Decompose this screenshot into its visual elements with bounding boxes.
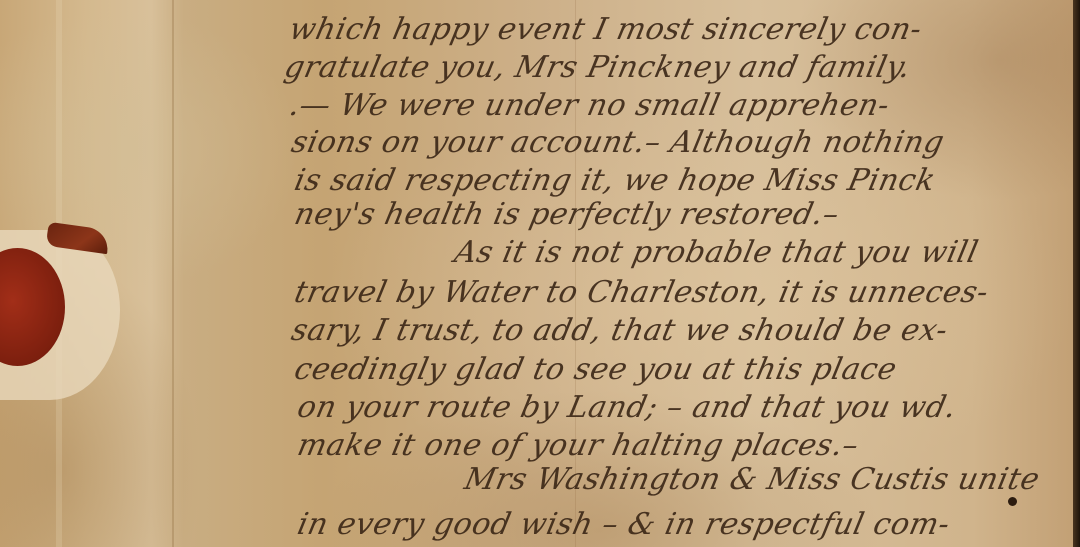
letter-line: in every good wish – & in respectful com…	[294, 507, 953, 542]
letter-line: sary, I trust, to add, that we should be…	[288, 313, 951, 348]
letter-line: sions on your account.– Although nothing	[288, 125, 947, 160]
handwritten-letter: which happy event I most sincerely con- …	[0, 0, 1080, 547]
letter-line: ney's health is perfectly restored.–	[291, 197, 842, 232]
ink-blot	[1008, 497, 1017, 506]
letter-line: make it one of your halting places.–	[294, 428, 862, 463]
letter-line: on your route by Land; – and that you wd…	[294, 390, 959, 425]
letter-line: Mrs Washington & Miss Custis unite	[461, 462, 1043, 497]
letter-line: .— We were under no small apprehen-	[286, 88, 893, 123]
letter-line: travel by Water to Charleston, it is unn…	[291, 275, 991, 310]
letter-line: gratulate you, Mrs Pinckney and family.	[281, 50, 914, 85]
frame-edge	[1073, 0, 1080, 547]
letter-line: As it is not probable that you will	[451, 235, 981, 270]
letter-line: is said respecting it, we hope Miss Pinc…	[291, 163, 938, 198]
letter-line: which happy event I most sincerely con-	[286, 12, 925, 47]
letter-line: ceedingly glad to see you at this place	[291, 352, 900, 387]
